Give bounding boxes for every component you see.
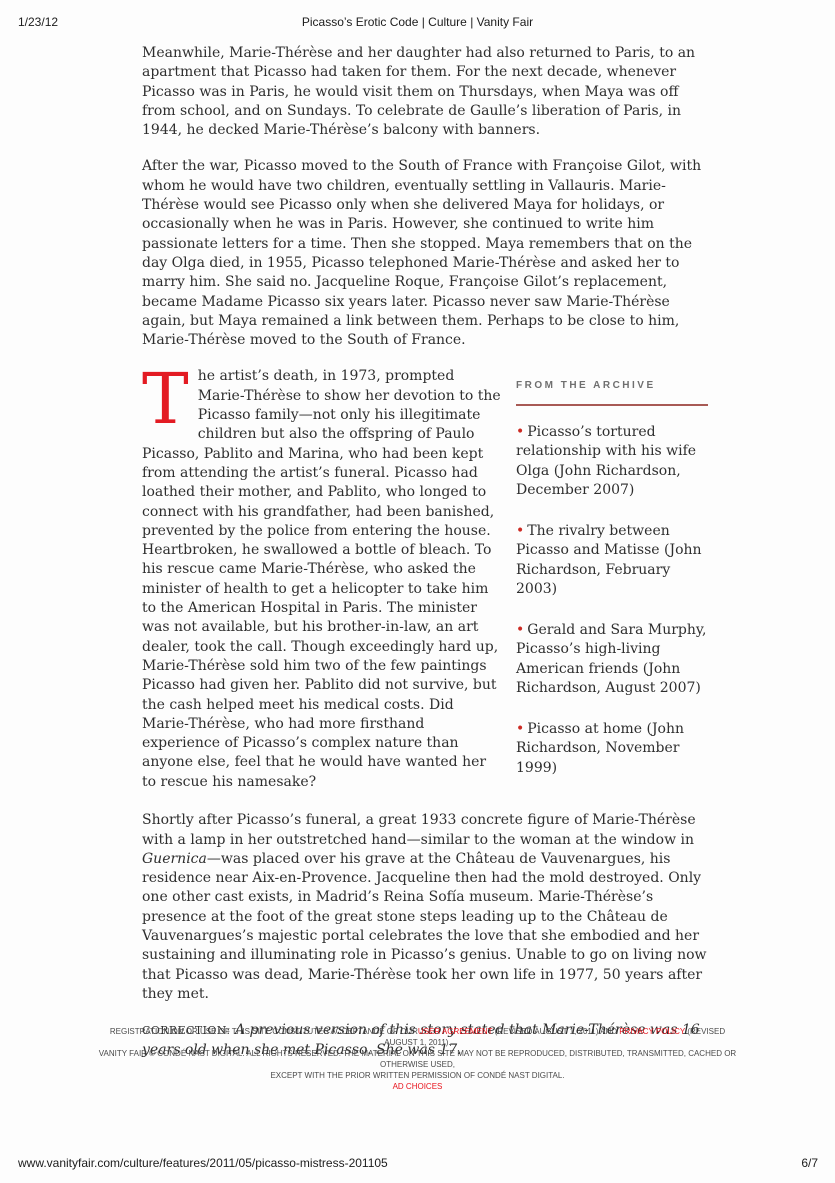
article-paragraph: After the war, Picasso moved to the Sout… bbox=[142, 157, 708, 350]
red-bullet-icon: • bbox=[516, 721, 524, 737]
article-two-column-section: The artist’s death, in 1973, prompted Ma… bbox=[142, 367, 708, 799]
archive-link-label: Gerald and Sara Murphy, Picasso’s high-l… bbox=[516, 622, 706, 697]
print-footer-url: www.vanityfair.com/culture/features/2011… bbox=[18, 1156, 388, 1170]
from-the-archive-sidebar: FROM THE ARCHIVE •Picasso’s tortured rel… bbox=[516, 367, 708, 799]
legal-line-2: AUGUST 1, 2011). bbox=[0, 1037, 835, 1048]
privacy-policy-link[interactable]: PRIVACY POLICY bbox=[619, 1027, 685, 1036]
italic-title-guernica: Guernica bbox=[142, 851, 207, 867]
archive-link-home[interactable]: •Picasso at home (John Richardson, Novem… bbox=[516, 720, 708, 779]
red-bullet-icon: • bbox=[516, 424, 524, 440]
archive-link-label: Picasso’s tortured relationship with his… bbox=[516, 424, 696, 499]
archive-heading: FROM THE ARCHIVE bbox=[516, 367, 708, 405]
paragraph-text: —was placed over his grave at the Châtea… bbox=[142, 851, 707, 1002]
print-footer-page-number: 6/7 bbox=[801, 1156, 818, 1170]
print-header-title: Picasso’s Erotic Code | Culture | Vanity… bbox=[0, 15, 835, 29]
article-paragraph: Meanwhile, Marie-Thérèse and her daughte… bbox=[142, 44, 708, 140]
article-body: Meanwhile, Marie-Thérèse and her daughte… bbox=[142, 44, 708, 1077]
legal-line-5: EXCEPT WITH THE PRIOR WRITTEN PERMISSION… bbox=[0, 1070, 835, 1081]
archive-link-matisse[interactable]: •The rivalry between Picasso and Matisse… bbox=[516, 522, 708, 600]
red-bullet-icon: • bbox=[516, 622, 524, 638]
legal-line-1: REGISTRATION ON OR USE OF THIS SITE CONS… bbox=[0, 1026, 835, 1037]
legal-text: (REVISED AUGUST 1, 2011) AND bbox=[492, 1027, 619, 1036]
archive-link-murphy[interactable]: •Gerald and Sara Murphy, Picasso’s high-… bbox=[516, 621, 708, 699]
archive-link-label: Picasso at home (John Richardson, Novemb… bbox=[516, 721, 684, 776]
article-column: The artist’s death, in 1973, prompted Ma… bbox=[142, 367, 502, 799]
archive-link-olga[interactable]: •Picasso’s tortured relationship with hi… bbox=[516, 423, 708, 501]
archive-link-label: The rivalry between Picasso and Matisse … bbox=[516, 523, 702, 598]
legal-line-3: VANITY FAIR © CONDÉ NAST DIGITAL. ALL RI… bbox=[0, 1048, 835, 1059]
ad-choices-link[interactable]: AD CHOICES bbox=[0, 1081, 835, 1092]
article-paragraph: he artist’s death, in 1973, prompted Mar… bbox=[142, 368, 501, 789]
red-bullet-icon: • bbox=[516, 523, 524, 539]
drop-cap-letter: T bbox=[142, 367, 198, 427]
legal-text: REGISTRATION ON OR USE OF THIS SITE CONS… bbox=[110, 1027, 418, 1036]
legal-footer: REGISTRATION ON OR USE OF THIS SITE CONS… bbox=[0, 1026, 835, 1092]
user-agreement-link[interactable]: USER AGREEMENT bbox=[418, 1027, 493, 1036]
article-paragraph: Shortly after Picasso’s funeral, a great… bbox=[142, 811, 708, 1004]
legal-line-4: OTHERWISE USED, bbox=[0, 1059, 835, 1070]
legal-text: (REVISED bbox=[685, 1027, 725, 1036]
paragraph-text: Shortly after Picasso’s funeral, a great… bbox=[142, 812, 696, 847]
